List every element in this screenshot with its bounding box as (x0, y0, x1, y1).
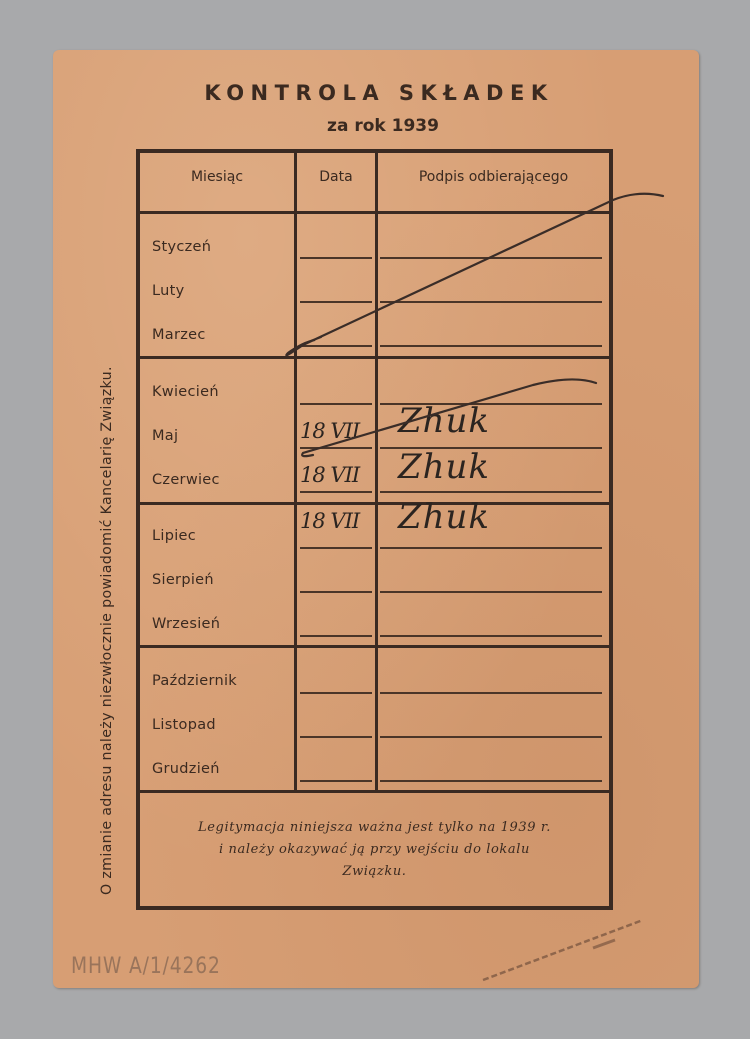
month-row: Maj (152, 428, 178, 444)
header-signature: Podpis odbierającego (378, 169, 609, 185)
validity-note: Legitymacja niniejsza ważna jest tylko n… (142, 817, 607, 883)
quarter-separator-2 (136, 502, 613, 505)
validity-note-line: Związku. (142, 861, 607, 883)
handwritten-date: 18 VII (300, 463, 359, 487)
month-row: Kwiecień (152, 384, 219, 400)
month-row: Listopad (152, 717, 216, 733)
header-month: Miesiąc (140, 169, 294, 185)
month-row: Lipiec (152, 528, 196, 544)
dues-table: Miesiąc Data Podpis odbierającego Stycze… (136, 149, 613, 910)
validity-note-line: i należy okazywać ją przy wejściu do lok… (142, 839, 607, 861)
table-border-left (136, 149, 140, 910)
handwritten-signature: Zhuk (398, 401, 490, 441)
address-change-note: O zmianie adresu należy niezwłocznie pow… (99, 366, 115, 895)
card-title: KONTROLA SKŁADEK (53, 81, 699, 105)
archive-catalog-number: MHW A/1/4262 (71, 954, 221, 979)
table-border-right (609, 149, 613, 910)
column-divider-1 (294, 149, 297, 792)
footer-separator (136, 790, 613, 793)
month-row: Czerwiec (152, 472, 220, 488)
header-separator (136, 211, 613, 214)
month-row: Październik (152, 673, 237, 689)
quarter-separator-1 (136, 356, 613, 359)
handwritten-date: 18 VII (300, 509, 359, 533)
month-row: Wrzesień (152, 616, 220, 632)
card-subtitle: za rok 1939 (53, 116, 699, 136)
column-divider-2 (375, 149, 378, 792)
table-border-bottom (136, 906, 613, 910)
handwritten-signature: Zhuk (398, 497, 490, 537)
handwritten-date: 18 VII (300, 419, 359, 443)
validity-note-line: Legitymacja niniejsza ważna jest tylko n… (142, 817, 607, 839)
month-row: Luty (152, 283, 184, 299)
membership-dues-card: KONTROLA SKŁADEK za rok 1939 O zmianie a… (53, 50, 699, 988)
month-row: Marzec (152, 327, 206, 343)
handwritten-signature: Zhuk (398, 447, 490, 487)
quarter-separator-3 (136, 645, 613, 648)
header-date: Data (297, 169, 375, 185)
month-row: Grudzień (152, 761, 220, 777)
month-row: Sierpień (152, 572, 214, 588)
month-row: Styczeń (152, 239, 211, 255)
